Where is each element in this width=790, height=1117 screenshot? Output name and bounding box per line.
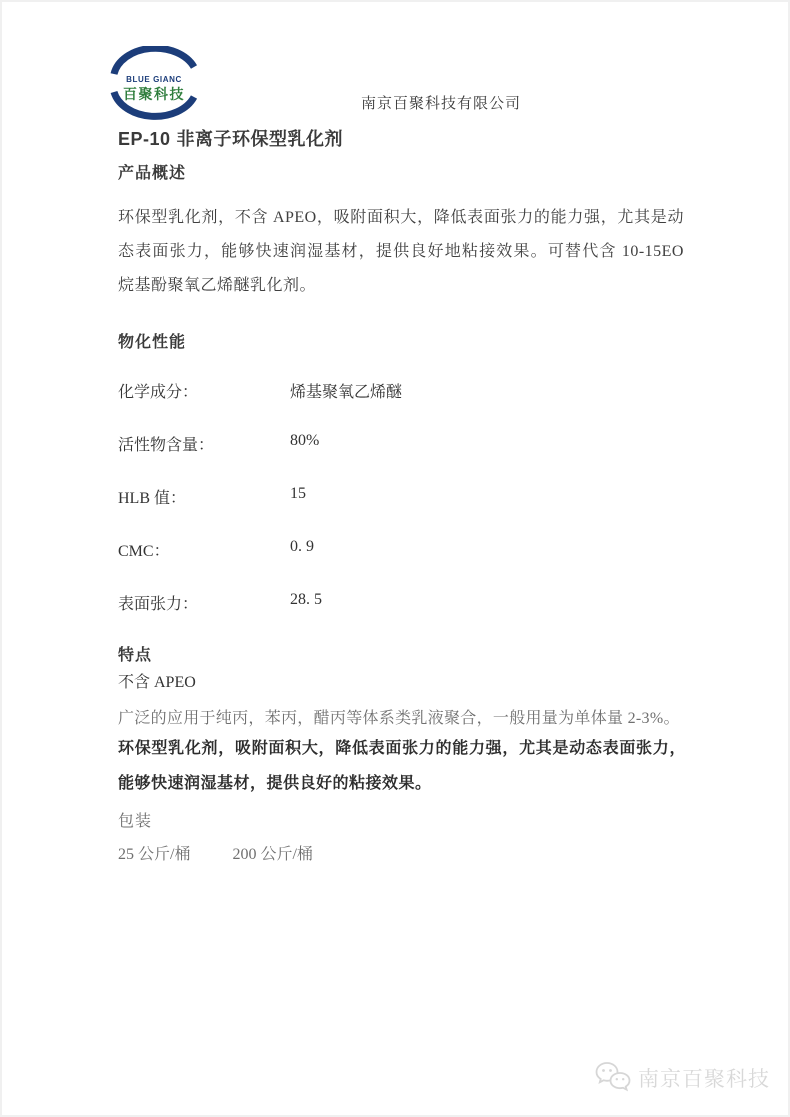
wechat-icon — [594, 1061, 632, 1095]
property-value: 15 — [290, 485, 618, 505]
property-label: CMC： — [118, 538, 290, 558]
packaging-options: 25 公斤/桶 200 公斤/桶 — [118, 841, 313, 864]
features-heading: 特点 — [118, 642, 152, 665]
watermark: 南京百聚科技 — [594, 1061, 770, 1095]
wechat-bubble-large — [611, 1073, 630, 1090]
properties-table: 化学成分： 烯基聚氧乙烯醚 活性物含量： 80% HLB 值： 15 CMC： … — [118, 379, 618, 644]
property-label: 活性物含量： — [118, 432, 290, 452]
company-name: 南京百聚科技有限公司 — [0, 92, 790, 113]
watermark-text: 南京百聚科技 — [638, 1063, 770, 1093]
properties-heading: 物化性能 — [118, 329, 186, 352]
property-row-chemical-composition: 化学成分： 烯基聚氧乙烯醚 — [118, 379, 618, 399]
property-row-surface-tension: 表面张力： 28. 5 — [118, 591, 618, 611]
property-label: 表面张力： — [118, 591, 290, 611]
features-description: 环保型乳化剂，吸附面积大，降低表面张力的能力强，尤其是动态表面张力，能够快速润湿… — [118, 731, 686, 801]
product-code: EP-10 — [118, 129, 171, 149]
wechat-eye — [609, 1069, 612, 1072]
features-application-line: 广泛的应用于纯丙，苯丙，醋丙等体系类乳液聚合，一般用量为单体量 2-3%。 — [118, 705, 680, 728]
overview-paragraph: 环保型乳化剂，不含 APEO，吸附面积大，降低表面张力的能力强，尤其是动态表面张… — [118, 201, 684, 303]
document-title: EP-10非离子环保型乳化剂 — [118, 125, 343, 151]
property-value: 28. 5 — [290, 591, 618, 611]
wechat-eye — [622, 1078, 624, 1080]
packaging-option: 25 公斤/桶 — [118, 846, 190, 863]
property-row-hlb: HLB 值： 15 — [118, 485, 618, 505]
property-label: 化学成分： — [118, 379, 290, 399]
packaging-heading: 包装 — [118, 808, 152, 831]
features-apeo-line: 不含 APEO — [118, 669, 196, 692]
packaging-option: 200 公斤/桶 — [232, 846, 312, 863]
datasheet-page: BLUE GIANC 百聚科技 南京百聚科技有限公司 EP-10非离子环保型乳化… — [0, 0, 790, 1117]
logo-brand-en: BLUE GIANC — [126, 75, 182, 84]
property-value: 80% — [290, 432, 618, 452]
property-label: HLB 值： — [118, 485, 290, 505]
property-value: 0. 9 — [290, 538, 618, 558]
property-row-cmc: CMC： 0. 9 — [118, 538, 618, 558]
overview-heading: 产品概述 — [118, 160, 186, 183]
product-name: 非离子环保型乳化剂 — [177, 129, 344, 149]
logo-arc-top — [114, 48, 194, 74]
wechat-eye — [616, 1078, 618, 1080]
property-row-active-content: 活性物含量： 80% — [118, 432, 618, 452]
property-value: 烯基聚氧乙烯醚 — [290, 379, 618, 399]
wechat-eye — [602, 1069, 605, 1072]
